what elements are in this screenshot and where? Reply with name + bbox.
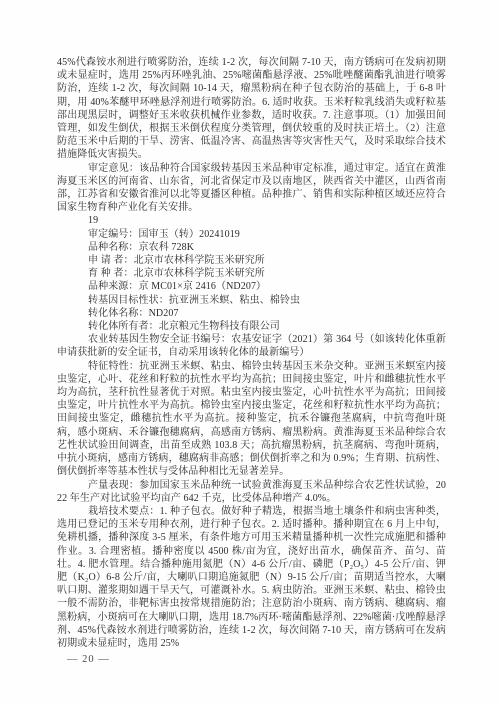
- line-variety-name: 品种名称：京农科 728K: [57, 241, 446, 254]
- line-variety-origin: 品种来源：京 MC01×京 2416（ND207）: [57, 280, 446, 293]
- paragraph-certification-opinion: 审定意见：该品种符合国家级转基因玉米品种审定标准，通过审定。适宜在黄淮海夏玉米区…: [57, 162, 446, 215]
- page-number-footer: — 20 —: [67, 654, 110, 665]
- line-approval-number: 审定编号：国审玉（转）20241019: [57, 228, 446, 241]
- document-page: 45%代森铵水剂进行喷雾防治，连续 1-2 次，每次间隔 7-10 天，南方锈病…: [0, 0, 500, 706]
- line-transformation-event-owner: 转化体所有者：北京粮元生物科技有限公司: [57, 320, 446, 333]
- entry-number: 19: [57, 214, 446, 227]
- document-text-block: 45%代森铵水剂进行喷雾防治，连续 1-2 次，每次间隔 7-10 天，南方锈病…: [57, 56, 446, 650]
- paragraph-disease-control-continued: 45%代森铵水剂进行喷雾防治，连续 1-2 次，每次间隔 7-10 天，南方锈病…: [57, 56, 446, 162]
- paragraph-yield-performance: 产量表现：参加国家玉米品种统一试验黄淮海夏玉米品种综合农艺性状试验，2022 年…: [57, 479, 446, 505]
- line-transgenic-target-traits: 转基因目标性状：抗亚洲玉米螟、粘虫、棉铃虫: [57, 294, 446, 307]
- line-breeder: 育 种 者：北京市农林科学院玉米研究所: [57, 267, 446, 280]
- paragraph-cultivation-techniques: 栽培技术要点：1. 种子包衣。做好种子精选，根据当地土壤条件和病虫害种类，选用已…: [57, 505, 446, 650]
- line-transformation-event-name: 转化体名称：ND207: [57, 307, 446, 320]
- paragraph-characteristics: 特征特性：抗亚洲玉米螟、粘虫、棉铃虫转基因玉米杂交种。亚洲玉米螟室内接虫鉴定，心…: [57, 360, 446, 479]
- line-biosafety-certificate-number: 农业转基因生物安全证书编号：农基安证字（2021）第 364 号（如该转化体重新…: [57, 333, 446, 359]
- line-applicant: 申 请 者：北京市农林科学院玉米研究所: [57, 254, 446, 267]
